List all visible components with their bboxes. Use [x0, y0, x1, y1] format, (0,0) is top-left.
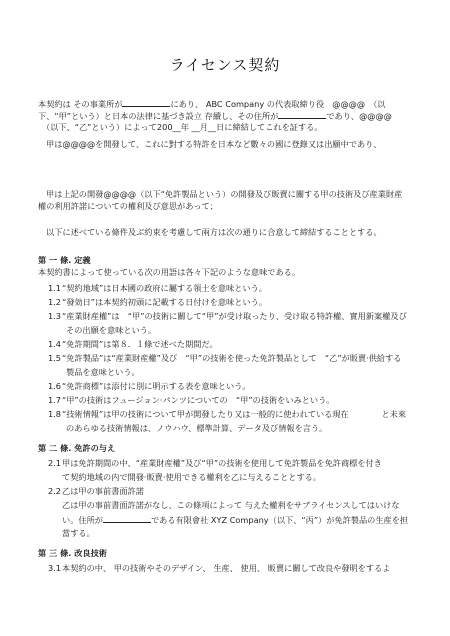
clause-1-5: 1.5“免許製品”は“産業財産權”及び “甲”の技術を使った免許製品として “乙…	[48, 353, 401, 364]
clause-number: 2.2	[48, 486, 62, 497]
clause-number: 1.4	[48, 339, 62, 350]
clause-1-4: 1.4“免許期間”は第８．１條で述べた期間だ。	[48, 339, 218, 350]
clause-number: 2.1	[48, 458, 62, 469]
clause-1-8: 1.8“技術情報”は甲の技術について甲が開發したり又は一般的に使われている現在 …	[48, 409, 406, 420]
clause-text: 乙は甲の事前書面許諾	[62, 486, 144, 496]
clause-1-7: 1.7“甲”の技術はフュージョン·パンツについての “甲”の技術をいみという。	[48, 395, 334, 406]
clause-number: 1.5	[48, 353, 62, 364]
preamble-line-3: （以下、“乙”という）によって200__年 __月__日に締結してこれを証する。	[42, 122, 323, 133]
preamble-paragraph-4: 以下に述べている條件及ぶ約束を考慮して兩方は次の通りに合意して締結することとする…	[46, 227, 382, 238]
clause-text: “免許期間”は第８．１條で述べた期間だ。	[62, 339, 218, 349]
preamble-line-2: 下、“甲”という）と日本の法律に基づき設立 存續し、その住所がであり、@@@@	[38, 110, 392, 122]
clause-text: “免許商標”は添付に別に明示する表を意味という。	[62, 381, 251, 391]
clause-1-8-cont: のあらゆる技術情報は、ノウハウ、標準計算、データ及び情報を言う。	[66, 423, 327, 434]
clause-text: “技術情報”は甲の技術について甲が開發したり又は一般的に使われている現在 と未來	[62, 409, 406, 419]
clause-1-3: 1.3“産業財産權”は “甲”の技術に關して“甲”が受け取ったり、受け取る特許權…	[48, 311, 407, 322]
clause-number: 1.6	[48, 381, 62, 392]
clause-number: 1.8	[48, 409, 62, 420]
clause-number: 1.7	[48, 395, 62, 406]
clause-number: 1.2	[48, 297, 62, 308]
preamble-text: 本契約は その事業所が	[38, 99, 122, 109]
article-3-heading: 第 三 條. 改良技術	[38, 548, 107, 559]
clause-2-1-cont: て契約地域の内で開發·販賣·使用できる權利を乙に与えることとする。	[62, 472, 321, 483]
clause-text: “發効日”は本契約初頭に記載する日付けを意味という。	[62, 297, 267, 307]
clause-text: “甲”の技術はフュージョン·パンツについての “甲”の技術をいみという。	[62, 395, 334, 405]
clause-text: である有限會社 XYZ Company（以下、“丙”）が免許製品の生産を担	[151, 515, 408, 525]
blank-field-address-abc	[122, 98, 170, 107]
clause-2-2-para-line-3: 當する。	[62, 528, 95, 539]
clause-1-2: 1.2“發効日”は本契約初頭に記載する日付けを意味という。	[48, 297, 267, 308]
preamble-text: 下、“甲”という）と日本の法律に基づき設立 存續し、その住所が	[38, 111, 278, 121]
document-page: ライセンス契約 本契約は その事業所がにあり、 ABC Company の代表取…	[0, 0, 450, 636]
clause-2-2-para-line-1: 乙は甲の事前書面許諾がなし、この條項によって 与えた權利をサブライセンスしてはい…	[62, 500, 400, 511]
clause-1-6: 1.6“免許商標”は添付に別に明示する表を意味という。	[48, 381, 251, 392]
clause-number: 1.1	[48, 283, 62, 294]
clause-text: 本契約の中、 甲の技術やそのデザイン、 生産、 使用、 販賣に關して改良や發明を…	[62, 563, 391, 573]
clause-text: 甲は免許期間の中、“産業財産權”及び“甲”の技術を使用して免許製品を免許商標を付…	[62, 458, 382, 468]
clause-2-2: 2.2乙は甲の事前書面許諾	[48, 486, 144, 497]
clause-1-1: 1.1“契約地域”は日本國の政府に屬する領土を意味という。	[48, 283, 267, 294]
article-1-intro: 本契約書によって使っている次の用語は各々下記のような意味である。	[38, 267, 300, 278]
clause-text: “免許製品”は“産業財産權”及び “甲”の技術を使った免許製品として “乙”が販…	[62, 353, 401, 363]
blank-field-xyz-address	[103, 514, 151, 523]
clause-1-3-cont: その出願を意味という。	[66, 325, 156, 336]
preamble-paragraph-2: 甲は@@@@を開發して、これに對する特許を日本など數々の國に登錄又は出願中であり…	[46, 139, 382, 150]
preamble-paragraph-3-line-2: 權の利用許諾についての權利及び意思があって；	[38, 201, 218, 212]
article-2-heading: 第 二 條. 免許の与え	[38, 443, 115, 454]
clause-3-1: 3.1本契約の中、 甲の技術やそのデザイン、 生産、 使用、 販賣に關して改良や…	[48, 563, 391, 574]
clause-2-1: 2.1甲は免許期間の中、“産業財産權”及び“甲”の技術を使用して免許製品を免許商…	[48, 458, 382, 469]
clause-text: い。住所が	[62, 515, 103, 525]
clause-number: 1.3	[48, 311, 62, 322]
preamble-paragraph-3-line-1: 甲は上記の開發@@@@（以下“免許製品という）の開發及び販賣に關する甲の技術及び…	[46, 189, 402, 200]
clause-1-5-cont: 製品を意味という。	[66, 367, 140, 378]
preamble-line-1: 本契約は その事業所がにあり、 ABC Company の代表取締り役 @@@@…	[38, 98, 386, 110]
article-1-heading: 第 一 條. 定義	[38, 255, 91, 266]
document-title: ライセンス契約	[0, 54, 450, 75]
clause-number: 3.1	[48, 563, 62, 574]
preamble-text: であり、@@@@	[326, 111, 392, 121]
preamble-text: にあり、 ABC Company の代表取締り役 @@@@ （以	[170, 99, 385, 109]
clause-2-2-para-line-2: い。住所がである有限會社 XYZ Company（以下、“丙”）が免許製品の生産…	[62, 514, 408, 526]
blank-field-address-otsu	[278, 110, 326, 119]
clause-text: “契約地域”は日本國の政府に屬する領土を意味という。	[62, 283, 267, 293]
clause-text: “産業財産權”は “甲”の技術に關して“甲”が受け取ったり、受け取る特許權、實用…	[62, 311, 407, 321]
